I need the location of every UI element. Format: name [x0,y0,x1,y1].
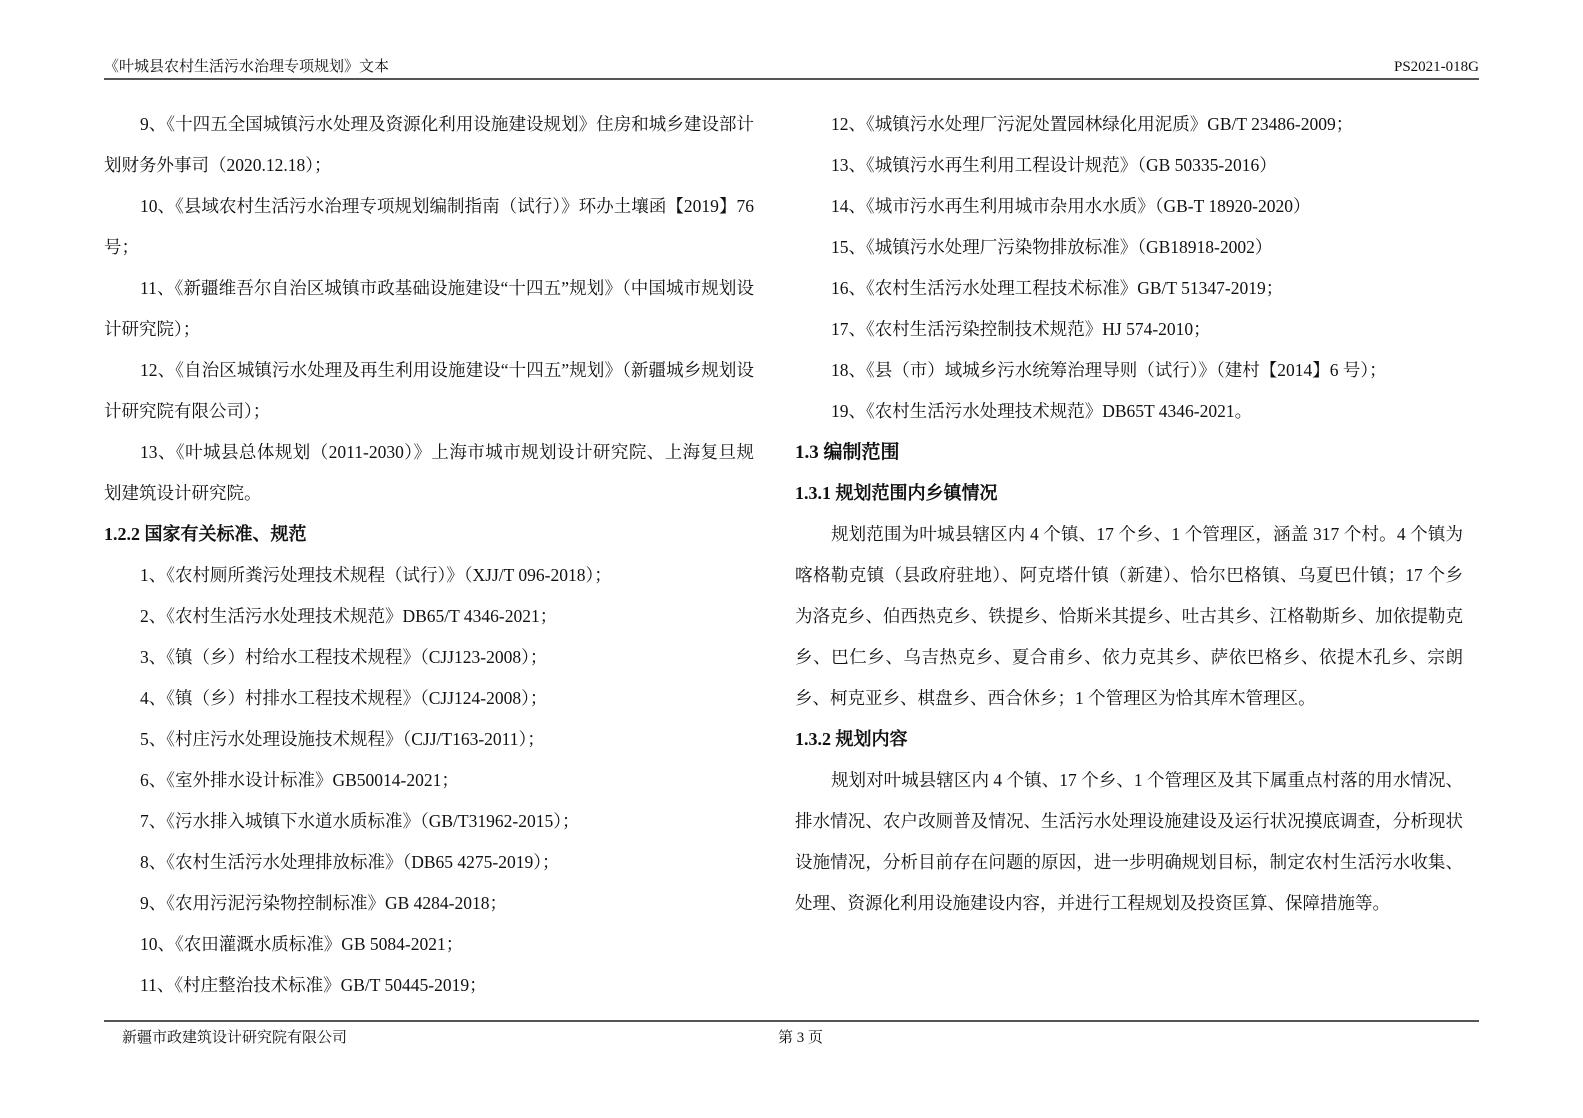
page-header: 《叶城县农村生活污水治理专项规划》文本 PS2021-018G [104,58,1479,80]
paragraph-content: 规划对叶城县辖区内 4 个镇、17 个乡、1 个管理区及其下属重点村落的用水情况… [795,760,1463,924]
section-heading-1-3-1: 1.3.1 规划范围内乡镇情况 [795,473,1463,514]
paragraph-scope: 规划范围为叶城县辖区内 4 个镇、17 个乡、1 个管理区，涵盖 317 个村。… [795,514,1463,719]
reference-item: 10、《县域农村生活污水治理专项规划编制指南（试行）》环办土壤函【2019】76… [104,186,754,268]
standard-item: 15、《城镇污水处理厂污染物排放标准》（GB18918-2002） [795,227,1463,268]
standard-item: 5、《村庄污水处理设施技术规程》（CJJ/T163-2011）； [104,719,754,760]
standard-item: 16、《农村生活污水处理工程技术标准》GB/T 51347-2019； [795,268,1463,309]
reference-item: 9、《十四五全国城镇污水处理及资源化利用设施建设规划》住房和城乡建设部计划财务外… [104,104,754,186]
right-column: 12、《城镇污水处理厂污泥处置园林绿化用泥质》GB/T 23486-2009； … [795,104,1463,924]
reference-item: 13、《叶城县总体规划（2011-2030）》上海市城市规划设计研究院、上海复旦… [104,432,754,514]
standard-item: 11、《村庄整治技术标准》GB/T 50445-2019； [104,965,754,1006]
page-footer: 新疆市政建筑设计研究院有限公司 第 3 页 [104,1020,1479,1048]
standard-item: 12、《城镇污水处理厂污泥处置园林绿化用泥质》GB/T 23486-2009； [795,104,1463,145]
standard-item: 19、《农村生活污水处理技术规范》DB65T 4346-2021。 [795,391,1463,432]
standard-item: 2、《农村生活污水处理技术规范》DB65/T 4346-2021； [104,596,754,637]
standard-item: 8、《农村生活污水处理排放标准》（DB65 4275-2019）； [104,842,754,883]
standard-item: 1、《农村厕所粪污处理技术规程（试行）》（XJJ/T 096-2018）； [104,555,754,596]
reference-item: 12、《自治区城镇污水处理及再生利用设施建设“十四五”规划》（新疆城乡规划设计研… [104,350,754,432]
standard-item: 4、《镇（乡）村排水工程技术规程》（CJJ124-2008）； [104,678,754,719]
document-code: PS2021-018G [1394,58,1479,76]
section-heading-1-2-2: 1.2.2 国家有关标准、规范 [104,514,754,555]
standard-item: 18、《县（市）域城乡污水统筹治理导则（试行）》（建村【2014】6 号）； [795,350,1463,391]
standard-item: 6、《室外排水设计标准》GB50014-2021； [104,760,754,801]
standard-item: 13、《城镇污水再生利用工程设计规范》（GB 50335-2016） [795,145,1463,186]
standard-item: 7、《污水排入城镇下水道水质标准》（GB/T31962-2015）； [104,801,754,842]
section-heading-1-3: 1.3 编制范围 [795,432,1463,473]
reference-item: 11、《新疆维吾尔自治区城镇市政基础设施建设“十四五”规划》（中国城市规划设计研… [104,268,754,350]
section-heading-1-3-2: 1.3.2 规划内容 [795,719,1463,760]
document-title: 《叶城县农村生活污水治理专项规划》文本 [104,58,389,76]
standard-item: 9、《农用污泥污染物控制标准》GB 4284-2018； [104,883,754,924]
standard-item: 3、《镇（乡）村给水工程技术规程》（CJJ123-2008）； [104,637,754,678]
standard-item: 17、《农村生活污染控制技术规范》HJ 574-2010； [795,309,1463,350]
left-column: 9、《十四五全国城镇污水处理及资源化利用设施建设规划》住房和城乡建设部计划财务外… [104,104,754,1006]
standard-item: 14、《城市污水再生利用城市杂用水水质》（GB-T 18920-2020） [795,186,1463,227]
company-name: 新疆市政建筑设计研究院有限公司 [122,1026,347,1047]
standard-item: 10、《农田灌溉水质标准》GB 5084-2021； [104,924,754,965]
page-number: 第 3 页 [778,1026,823,1047]
